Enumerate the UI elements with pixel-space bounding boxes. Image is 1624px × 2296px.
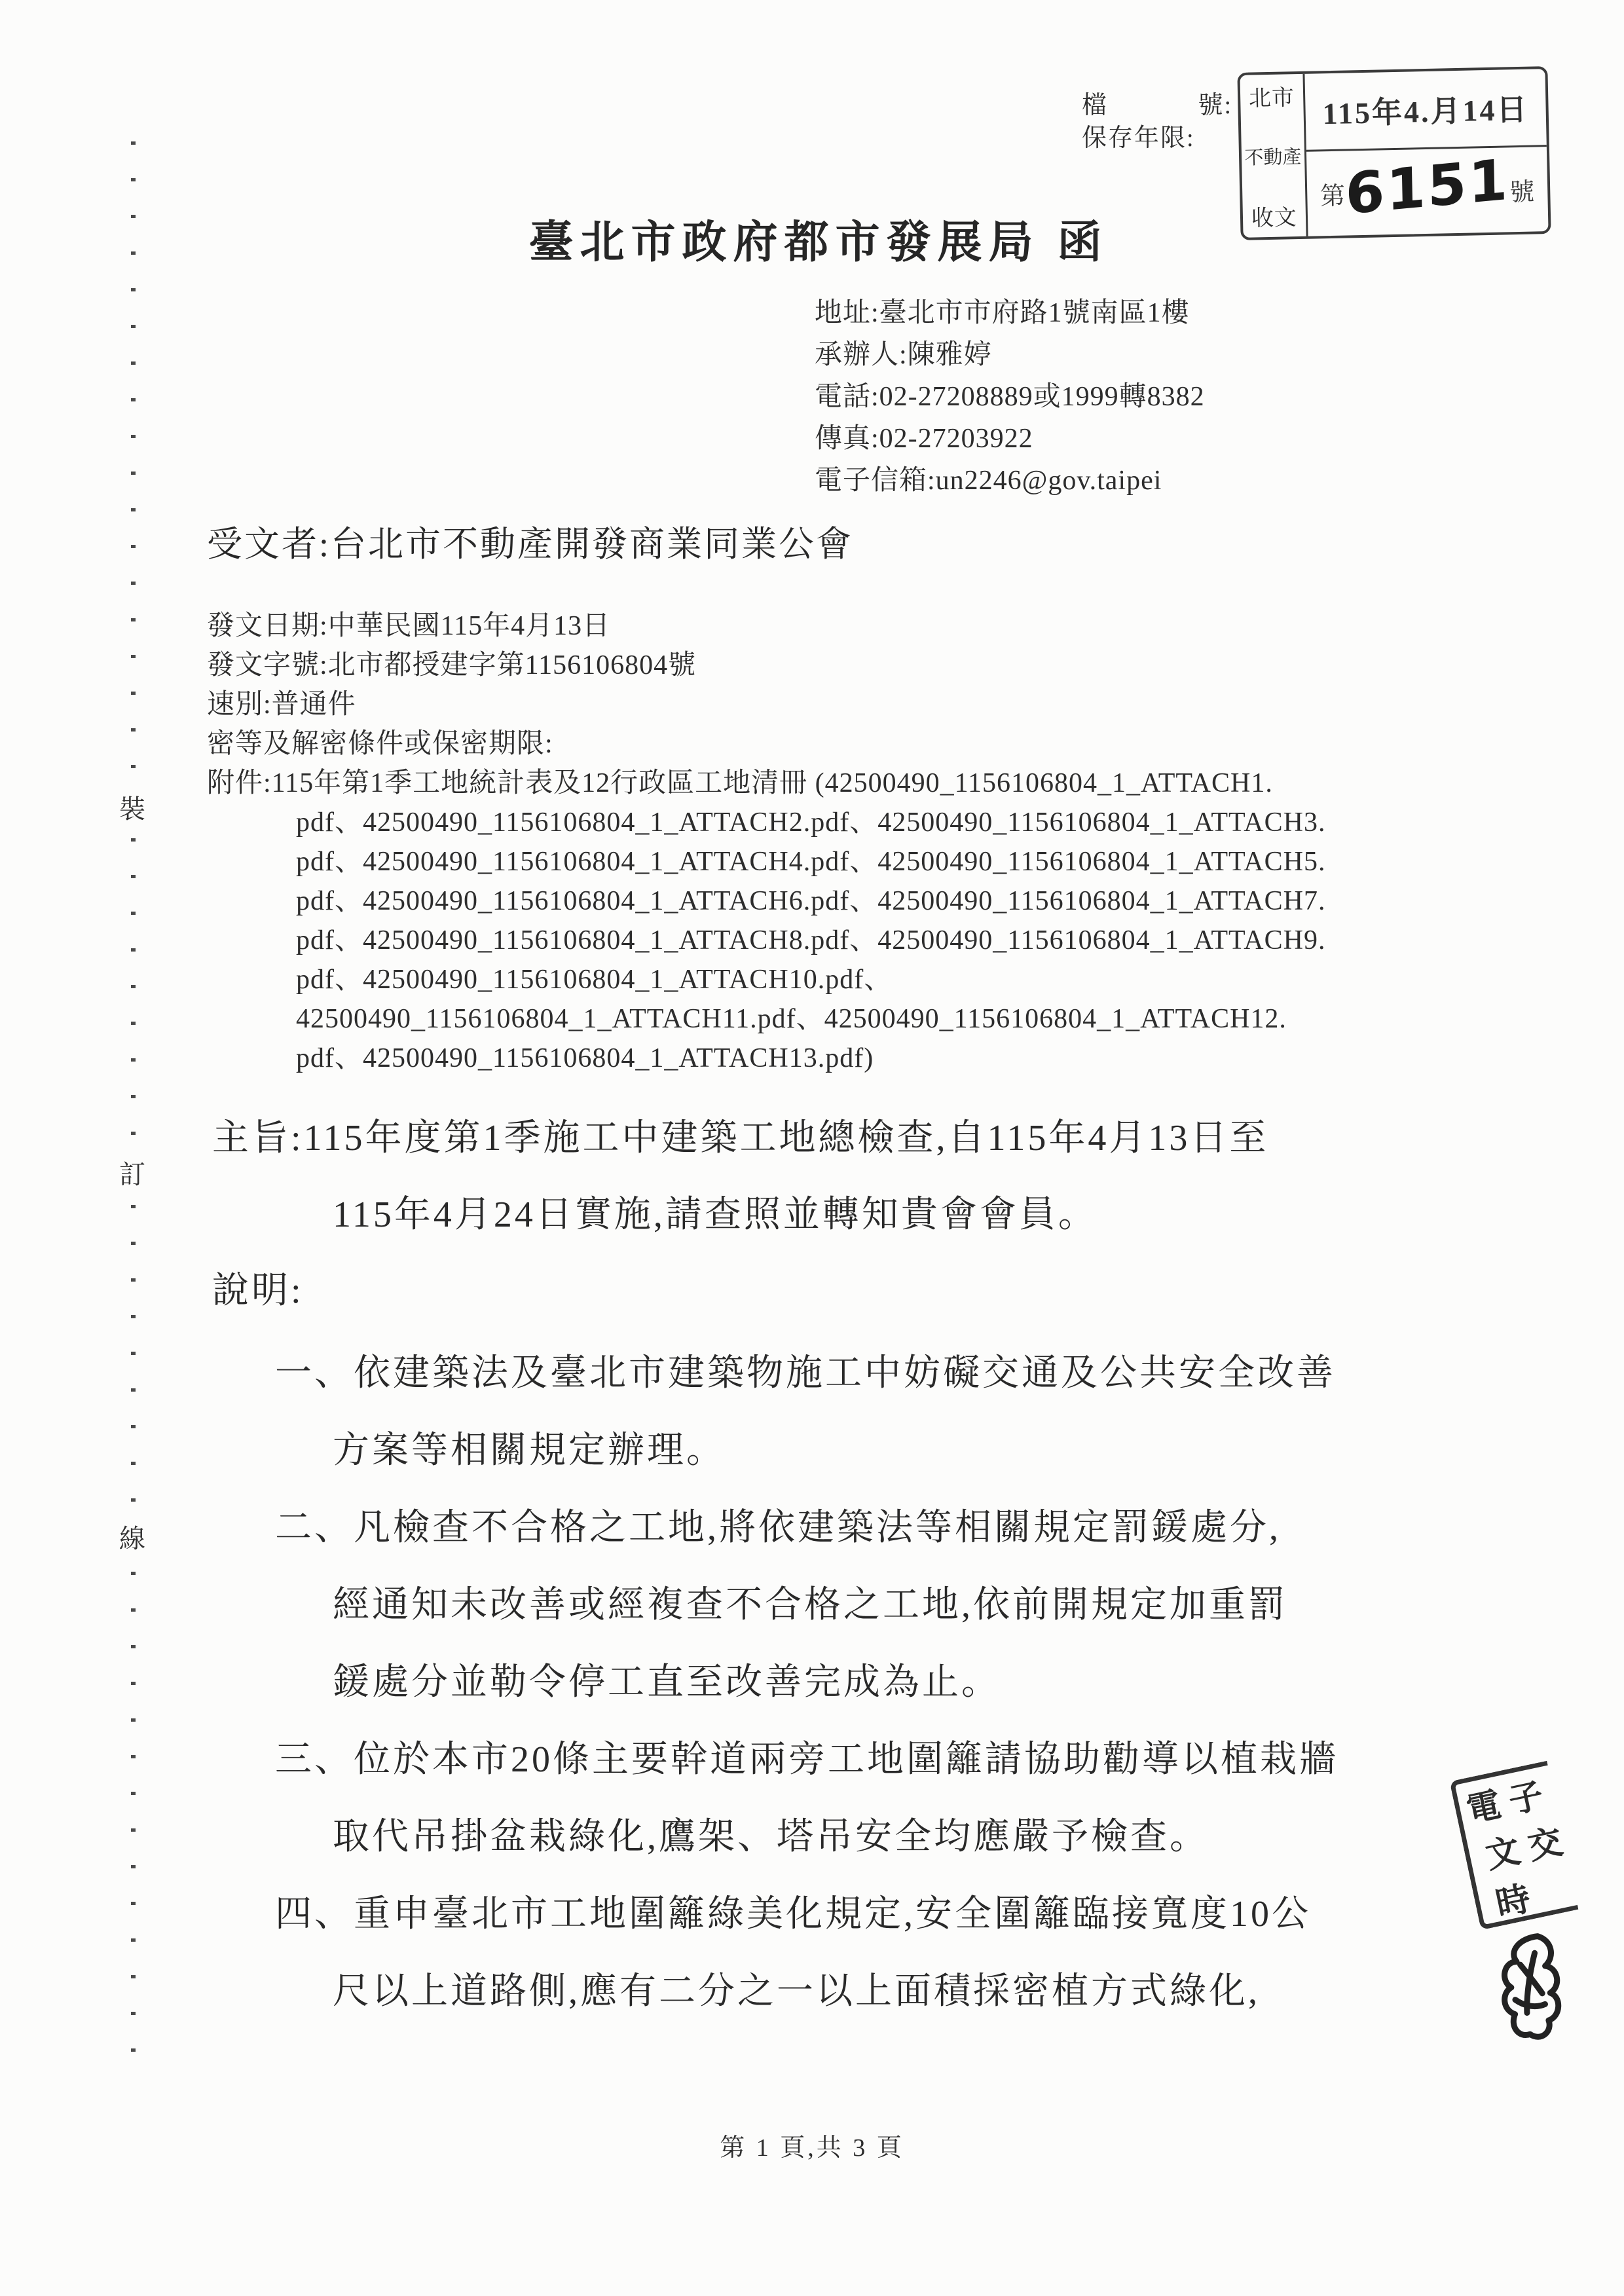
margin-char-binding: 裝 — [117, 783, 148, 831]
sender-fax: 傳真:02-27203922 — [815, 418, 1205, 460]
stamp-no-suffix: 號 — [1509, 172, 1535, 208]
subject-line-1: 主旨:115年度第1季施工中建築工地總檢查,自115年4月13日至 — [212, 1109, 1268, 1161]
item-3-line-1: 三、位於本市20條主要幹道兩旁工地圍籬請協助勸導以植栽牆 — [275, 1730, 1338, 1783]
stamp-org-bottom: 收文 — [1242, 199, 1306, 232]
electronic-exchange-stamp: 電子 文交 時 — [1450, 1761, 1579, 1931]
item-4-line-2: 尺以上道路側,應有二分之一以上面積採密植方式綠化, — [333, 1962, 1260, 2014]
receipt-stamp-right: 115年4.月14日 第 6151 號 — [1304, 69, 1549, 236]
archive-no-label: 檔 — [1082, 89, 1108, 122]
archive-no-colon: 號: — [1198, 89, 1232, 122]
attachment-line-6: pdf、42500490_1156106804_1_ATTACH10.pdf、 — [296, 957, 892, 997]
attachment-line-1: 附件:115年第1季工地統計表及12行政區工地清冊 (42500490_1156… — [207, 761, 1273, 800]
item-1-line-2: 方案等相關規定辦理。 — [333, 1421, 726, 1473]
recipient-line: 受文者:台北市不動產開發商業同業公會 — [207, 516, 853, 566]
priority-line: 速別:普通件 — [207, 682, 356, 722]
stamp-org-mid: 不動產 — [1242, 141, 1304, 170]
signature-seal-icon — [1488, 1926, 1574, 2050]
retention-label: 保存年限: — [1082, 122, 1232, 155]
receipt-stamp-org-column: 北市 不動產 收文 — [1240, 74, 1308, 238]
explanation-heading: 說明: — [212, 1261, 304, 1314]
archive-labels: 檔 號: 保存年限: — [1082, 89, 1232, 155]
margin-char-stapling: 訂 — [117, 1149, 148, 1196]
subject-line-2: 115年4月24日實施,請查照並轉知貴會會員。 — [333, 1185, 1098, 1238]
page-footer: 第 1 頁,共 3 頁 — [0, 2127, 1624, 2163]
sender-contact-person: 承辦人:陳雅婷 — [815, 334, 1205, 376]
sender-info-block: 地址:臺北市市府路1號南區1樓 承辦人:陳雅婷 電話:02-27208889或1… — [815, 292, 1205, 502]
stamp-received-date: 115年4.月14日 — [1304, 69, 1547, 152]
stamp-number-row: 第 6151 號 — [1306, 147, 1549, 236]
sender-phone: 電話:02-27208889或1999轉8382 — [815, 376, 1205, 418]
receipt-stamp: 北市 不動產 收文 115年4.月14日 第 6151 號 — [1237, 66, 1551, 240]
classification-line: 密等及解密條件或保密期限: — [207, 722, 553, 761]
issue-date-line: 發文日期:中華民國115年4月13日 — [207, 604, 610, 643]
stamp-no-prefix: 第 — [1319, 176, 1345, 212]
sender-email: 電子信箱:un2246@gov.taipei — [815, 460, 1205, 502]
attachment-line-7: 42500490_1156106804_1_ATTACH11.pdf、42500… — [296, 997, 1287, 1036]
item-2-line-2: 經通知未改善或經複查不合格之工地,依前開規定加重罰 — [333, 1576, 1287, 1628]
stamp-org-top: 北市 — [1240, 79, 1304, 113]
attachment-line-3: pdf、42500490_1156106804_1_ATTACH4.pdf、42… — [296, 840, 1325, 879]
margin-char-line: 線 — [117, 1513, 148, 1561]
attachment-line-4: pdf、42500490_1156106804_1_ATTACH6.pdf、42… — [296, 879, 1325, 918]
document-title: 臺北市政府都市發展局 函 — [393, 207, 1244, 270]
attachment-line-2: pdf、42500490_1156106804_1_ATTACH2.pdf、42… — [296, 800, 1325, 840]
sender-address: 地址:臺北市市府路1號南區1樓 — [815, 292, 1205, 334]
doc-number-line: 發文字號:北市都授建字第1156106804號 — [207, 643, 696, 682]
attachment-line-5: pdf、42500490_1156106804_1_ATTACH8.pdf、42… — [296, 918, 1325, 957]
attachment-line-8: pdf、42500490_1156106804_1_ATTACH13.pdf) — [296, 1036, 874, 1075]
item-3-line-2: 取代吊掛盆栽綠化,鷹架、塔吊安全均應嚴予檢查。 — [333, 1807, 1209, 1860]
item-4-line-1: 四、重申臺北市工地圍籬綠美化規定,安全圍籬臨接寬度10公 — [275, 1885, 1311, 1937]
binding-margin-dotted-line — [131, 141, 136, 2054]
stamp-no-value-handwritten: 6151 — [1344, 147, 1509, 227]
item-1-line-1: 一、依建築法及臺北市建築物施工中妨礙交通及公共安全改善 — [275, 1344, 1336, 1396]
item-2-line-1: 二、凡檢查不合格之工地,將依建築法等相關規定罰鍰處分, — [275, 1498, 1281, 1551]
archive-no-row: 檔 號: — [1082, 89, 1232, 122]
item-2-line-3: 鍰處分並勒令停工直至改善完成為止。 — [333, 1653, 1001, 1705]
e-stamp-row-3: 時 — [1491, 1869, 1543, 1926]
